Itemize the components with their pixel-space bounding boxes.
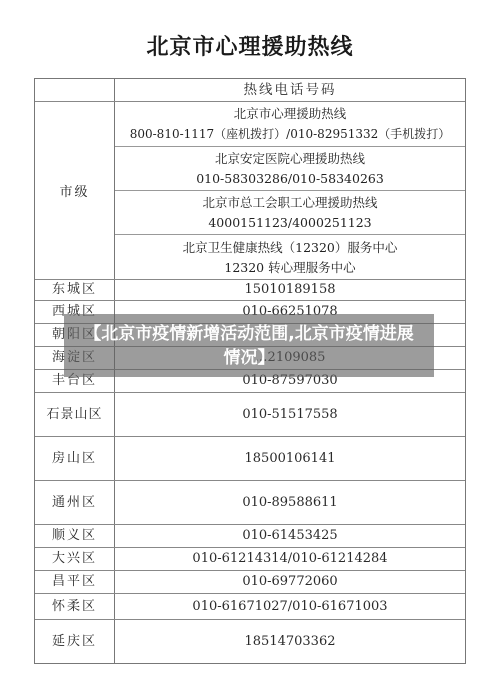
hotline-number: 010-58303286/010-58340263	[196, 169, 384, 189]
district-number: 18500106141	[115, 437, 465, 480]
hotline-number: 800-810-1117（座机拨打）/010-82951332（手机拨打）	[130, 124, 451, 144]
city-hotline-entry: 北京市总工会职工心理援助热线 4000151123/4000251123	[115, 190, 465, 234]
city-level-label: 市级	[35, 102, 115, 279]
header-right-cell: 热线电话号码	[115, 79, 465, 101]
hotline-name: 北京市心理援助热线	[234, 104, 347, 124]
district-name: 东城区	[35, 280, 115, 300]
district-number: 18514703362	[115, 620, 465, 663]
table-row: 怀柔区 010-61671027/010-61671003	[35, 593, 465, 619]
district-number: 010-89588611	[115, 481, 465, 524]
hotline-number: 4000151123/4000251123	[208, 213, 371, 233]
hotline-name: 北京安定医院心理援助热线	[215, 149, 365, 169]
hotline-name: 北京卫生健康热线（12320）服务中心	[183, 238, 398, 258]
hotline-number: 12320 转心理服务中心	[224, 258, 355, 278]
city-hotline-entry: 北京卫生健康热线（12320）服务中心 12320 转心理服务中心	[115, 234, 465, 280]
district-name: 怀柔区	[35, 594, 115, 619]
caption-overlay: 【北京市疫情新增活动范围,北京市疫情进展情况】	[64, 314, 434, 377]
district-number: 010-61214314/010-61214284	[115, 548, 465, 570]
table-row: 房山区 18500106141	[35, 436, 465, 480]
city-hotline-entry: 北京市心理援助热线 800-810-1117（座机拨打）/010-8295133…	[115, 102, 465, 146]
district-name: 通州区	[35, 481, 115, 524]
district-number: 15010189158	[115, 280, 465, 300]
district-name: 昌平区	[35, 571, 115, 593]
district-name: 顺义区	[35, 525, 115, 547]
district-name: 大兴区	[35, 548, 115, 570]
city-hotline-entry: 北京安定医院心理援助热线 010-58303286/010-58340263	[115, 146, 465, 190]
table-row: 昌平区 010-69772060	[35, 570, 465, 593]
header-left-cell	[35, 79, 115, 101]
table-row: 大兴区 010-61214314/010-61214284	[35, 547, 465, 570]
table-row: 顺义区 010-61453425	[35, 524, 465, 547]
district-number: 010-51517558	[115, 393, 465, 436]
table-row: 东城区 15010189158	[35, 279, 465, 300]
city-level-block: 市级 北京市心理援助热线 800-810-1117（座机拨打）/010-8295…	[35, 101, 465, 279]
hotline-name: 北京市总工会职工心理援助热线	[202, 193, 377, 213]
district-number: 010-61671027/010-61671003	[115, 594, 465, 619]
district-name: 房山区	[35, 437, 115, 480]
document-title: 北京市心理援助热线	[0, 30, 500, 61]
table-header-row: 热线电话号码	[35, 79, 465, 101]
district-number: 010-61453425	[115, 525, 465, 547]
table-row: 通州区 010-89588611	[35, 480, 465, 524]
district-name: 石景山区	[35, 393, 115, 436]
district-name: 延庆区	[35, 620, 115, 663]
table-row: 延庆区 18514703362	[35, 619, 465, 663]
table-row: 石景山区 010-51517558	[35, 392, 465, 436]
district-number: 010-69772060	[115, 571, 465, 593]
